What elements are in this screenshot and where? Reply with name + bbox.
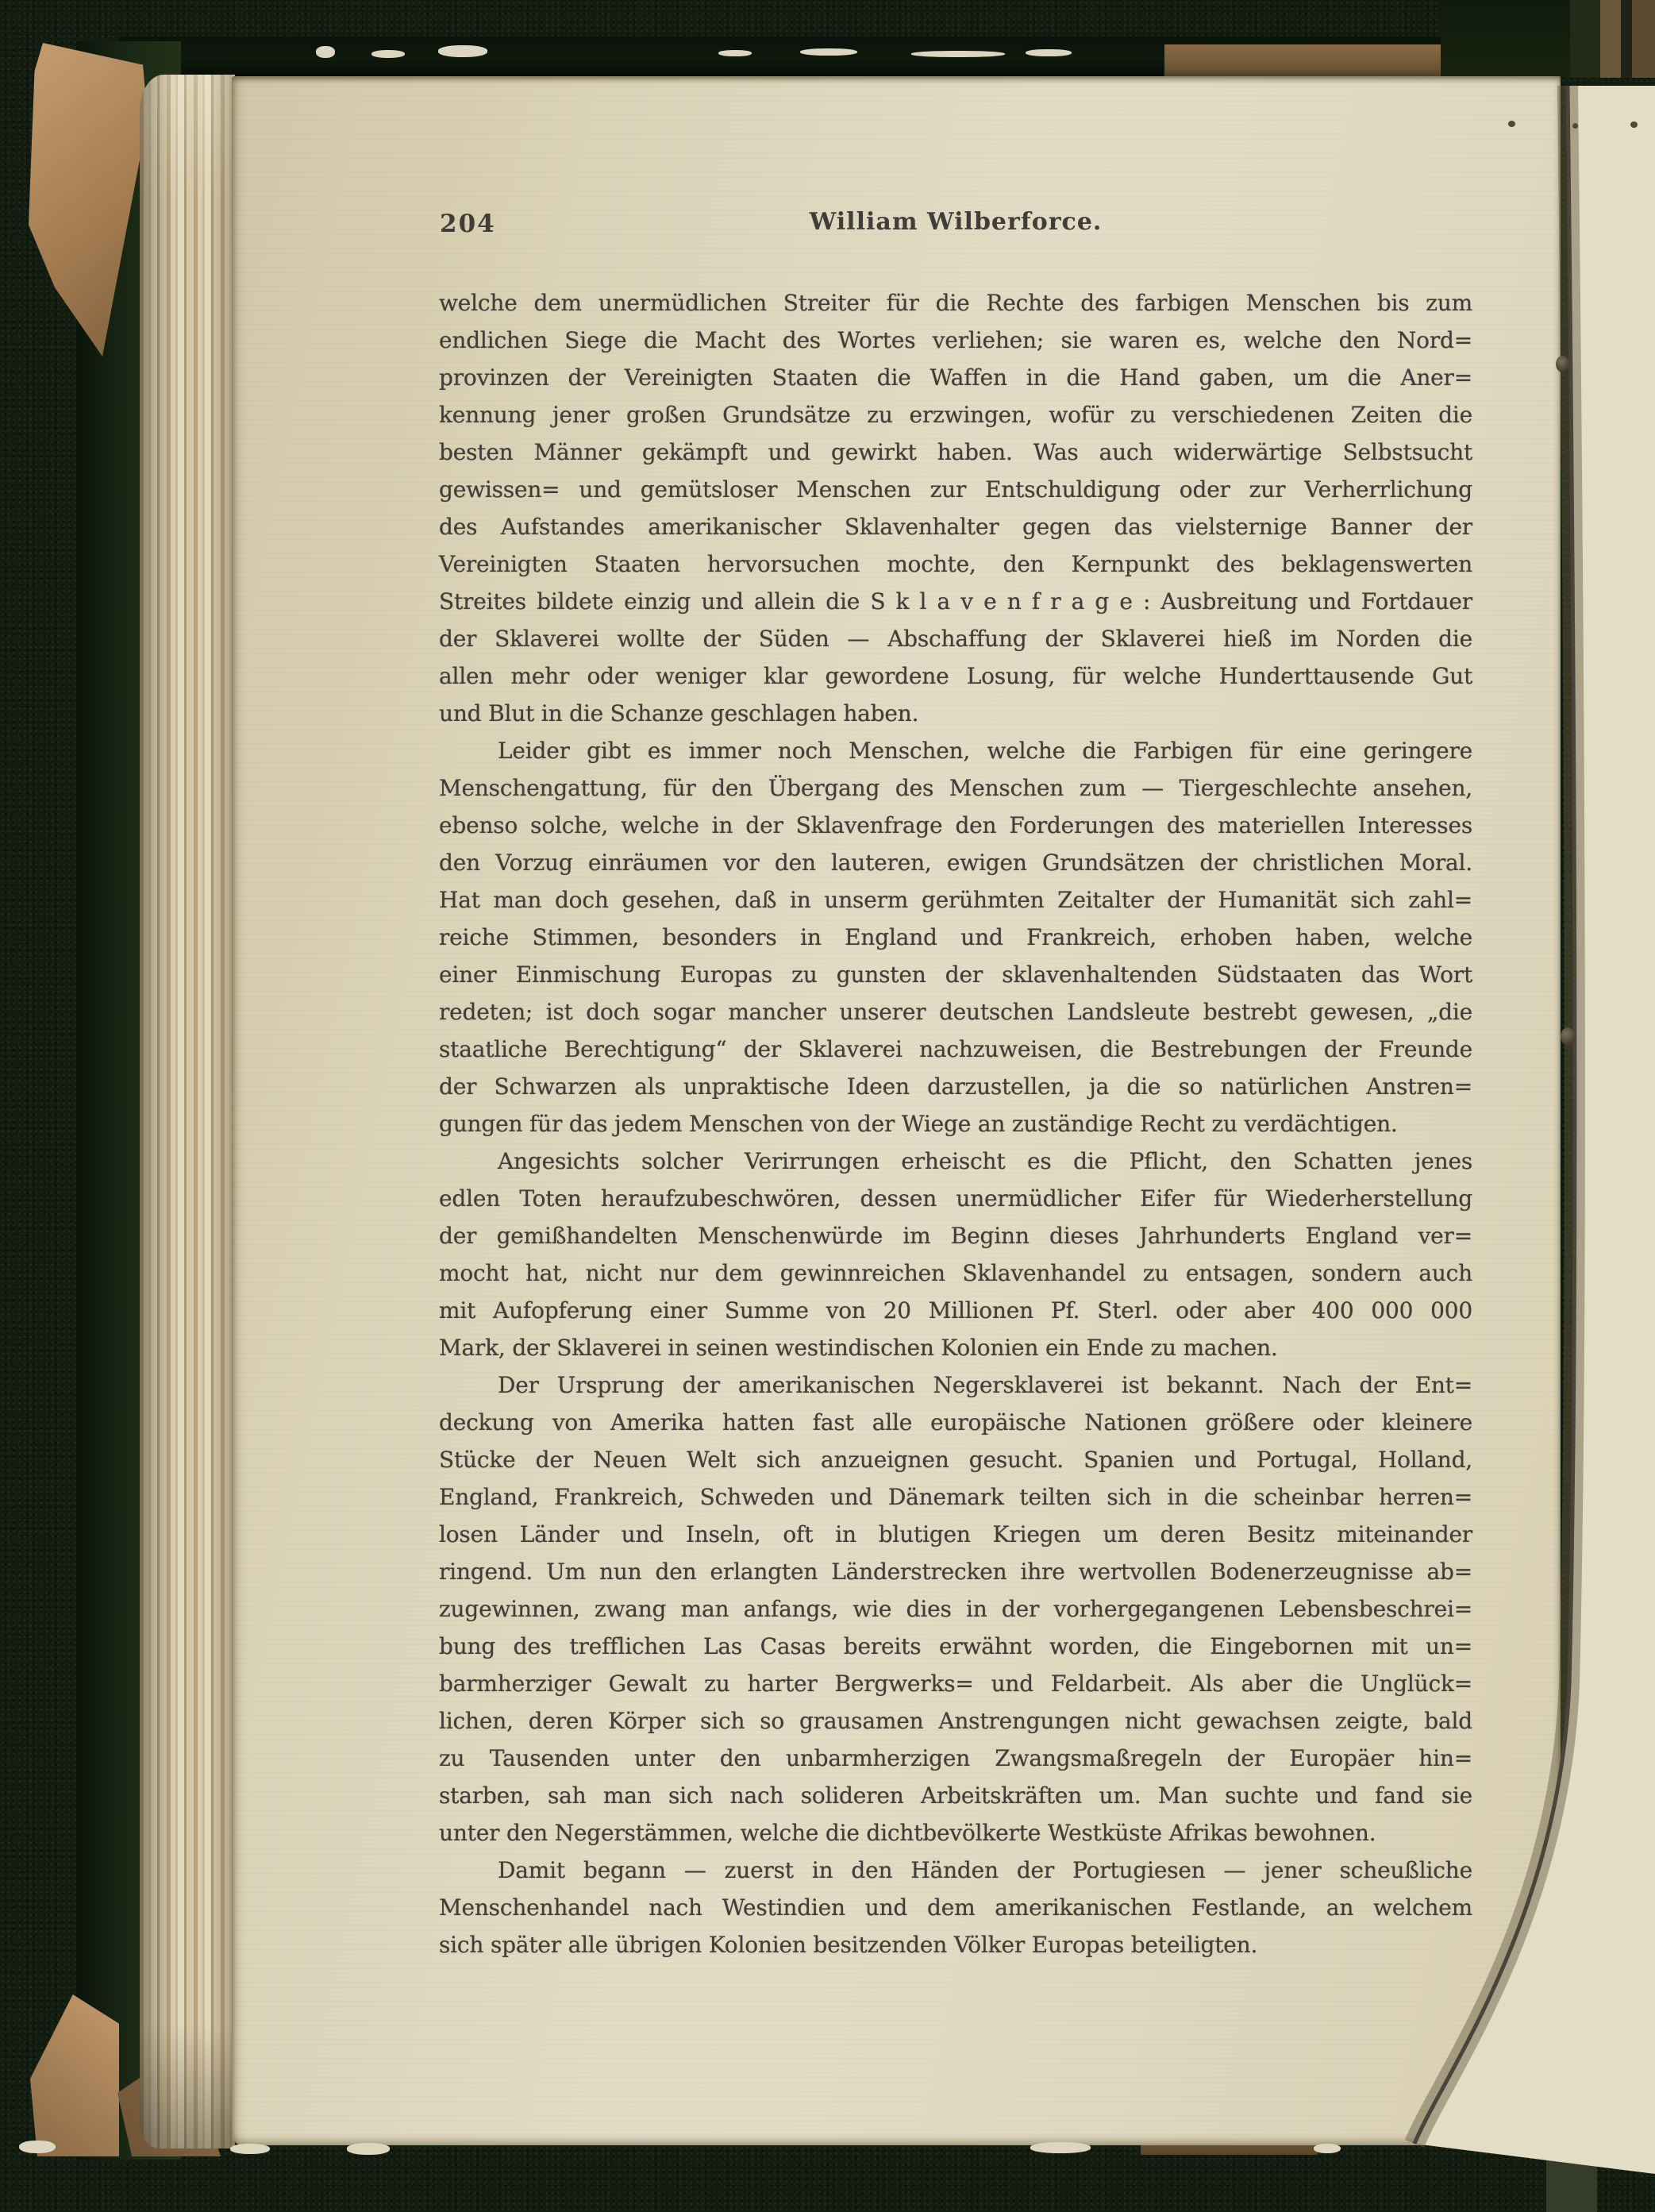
torn-paper-bit (1314, 2144, 1341, 2153)
binding-knot (1556, 356, 1569, 372)
ink-fleck (1630, 121, 1638, 128)
ink-fleck (1572, 123, 1578, 129)
torn-paper-bit (1030, 2142, 1091, 2153)
torn-paper-bit (230, 2144, 270, 2154)
torn-paper-bit (19, 2141, 56, 2153)
ink-fleck (1508, 121, 1515, 127)
torn-paper-bit (347, 2143, 390, 2155)
gutter-shadow (1414, 86, 1575, 2144)
book-scan: 204 William Wilberforce. welche dem uner… (0, 0, 1655, 2212)
gutter-and-facing-page (0, 0, 1655, 2212)
binding-knot (1561, 1027, 1575, 1046)
